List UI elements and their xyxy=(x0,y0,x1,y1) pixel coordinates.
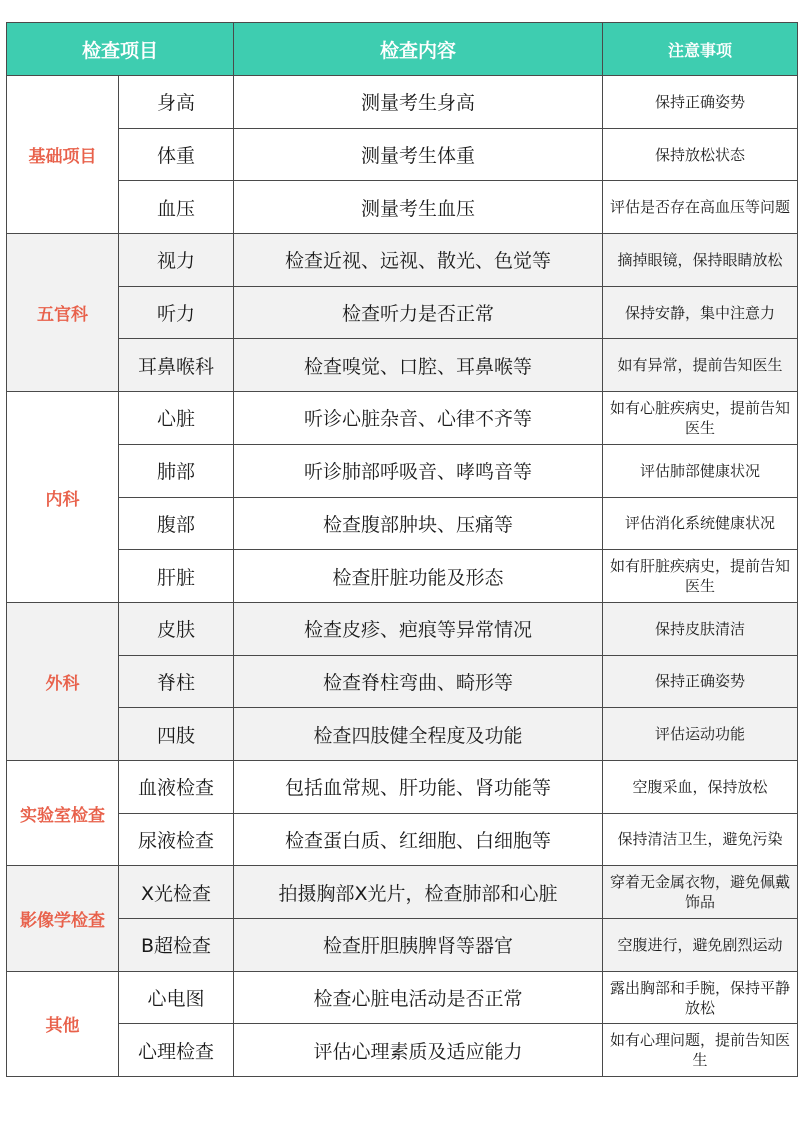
content-cell: 拍摄胸部X光片，检查肺部和心脏 xyxy=(234,866,603,919)
table-row: 腹部检查腹部肿块、压痛等评估消化系统健康状况 xyxy=(7,497,798,550)
group-label: 内科 xyxy=(7,392,119,603)
content-cell: 测量考生血压 xyxy=(234,181,603,234)
notes-cell: 空腹进行，避免剧烈运动 xyxy=(603,919,798,972)
table-row: 耳鼻喉科检查嗅觉、口腔、耳鼻喉等如有异常，提前告知医生 xyxy=(7,339,798,392)
table-row: 脊柱检查脊柱弯曲、畸形等保持正确姿势 xyxy=(7,655,798,708)
item-cell: 血压 xyxy=(119,181,234,234)
header-item: 检查项目 xyxy=(7,23,234,76)
content-cell: 检查听力是否正常 xyxy=(234,286,603,339)
content-cell: 检查肝胆胰脾肾等器官 xyxy=(234,919,603,972)
notes-cell: 摘掉眼镜，保持眼睛放松 xyxy=(603,234,798,287)
item-cell: 心理检查 xyxy=(119,1024,234,1077)
table-row: 其他心电图检查心脏电活动是否正常露出胸部和手腕，保持平静放松 xyxy=(7,971,798,1024)
content-cell: 检查肝脏功能及形态 xyxy=(234,550,603,603)
content-cell: 评估心理素质及适应能力 xyxy=(234,1024,603,1077)
notes-cell: 如有心脏疾病史，提前告知医生 xyxy=(603,392,798,445)
notes-cell: 空腹采血，保持放松 xyxy=(603,760,798,813)
notes-cell: 穿着无金属衣物，避免佩戴饰品 xyxy=(603,866,798,919)
group-label: 基础项目 xyxy=(7,76,119,234)
table-row: 外科皮肤检查皮疹、疤痕等异常情况保持皮肤清洁 xyxy=(7,602,798,655)
medical-exam-table: 检查项目 检查内容 注意事项 基础项目身高测量考生身高保持正确姿势体重测量考生体… xyxy=(6,22,798,1077)
item-cell: 耳鼻喉科 xyxy=(119,339,234,392)
item-cell: 尿液检查 xyxy=(119,813,234,866)
table-row: 心理检查评估心理素质及适应能力如有心理问题，提前告知医生 xyxy=(7,1024,798,1077)
item-cell: 腹部 xyxy=(119,497,234,550)
content-cell: 检查嗅觉、口腔、耳鼻喉等 xyxy=(234,339,603,392)
header-notes: 注意事项 xyxy=(603,23,798,76)
notes-cell: 保持皮肤清洁 xyxy=(603,602,798,655)
content-cell: 听诊肺部呼吸音、哮鸣音等 xyxy=(234,444,603,497)
table-row: 四肢检查四肢健全程度及功能评估运动功能 xyxy=(7,708,798,761)
notes-cell: 保持安静，集中注意力 xyxy=(603,286,798,339)
table-row: 血压测量考生血压评估是否存在高血压等问题 xyxy=(7,181,798,234)
group-label: 外科 xyxy=(7,602,119,760)
notes-cell: 评估是否存在高血压等问题 xyxy=(603,181,798,234)
header-row: 检查项目 检查内容 注意事项 xyxy=(7,23,798,76)
item-cell: 听力 xyxy=(119,286,234,339)
notes-cell: 保持正确姿势 xyxy=(603,655,798,708)
notes-cell: 保持清洁卫生，避免污染 xyxy=(603,813,798,866)
group-label: 影像学检查 xyxy=(7,866,119,971)
item-cell: 肺部 xyxy=(119,444,234,497)
item-cell: 肝脏 xyxy=(119,550,234,603)
notes-cell: 保持正确姿势 xyxy=(603,76,798,129)
item-cell: 血液检查 xyxy=(119,760,234,813)
table-row: B超检查检查肝胆胰脾肾等器官空腹进行，避免剧烈运动 xyxy=(7,919,798,972)
notes-cell: 如有肝脏疾病史，提前告知医生 xyxy=(603,550,798,603)
group-label: 实验室检查 xyxy=(7,760,119,865)
content-cell: 检查四肢健全程度及功能 xyxy=(234,708,603,761)
table-row: 听力检查听力是否正常保持安静，集中注意力 xyxy=(7,286,798,339)
header-content: 检查内容 xyxy=(234,23,603,76)
group-label: 五官科 xyxy=(7,234,119,392)
table-row: 影像学检查X光检查拍摄胸部X光片，检查肺部和心脏穿着无金属衣物，避免佩戴饰品 xyxy=(7,866,798,919)
notes-cell: 评估运动功能 xyxy=(603,708,798,761)
notes-cell: 如有心理问题，提前告知医生 xyxy=(603,1024,798,1077)
item-cell: 四肢 xyxy=(119,708,234,761)
content-cell: 检查皮疹、疤痕等异常情况 xyxy=(234,602,603,655)
content-cell: 检查心脏电活动是否正常 xyxy=(234,971,603,1024)
item-cell: 体重 xyxy=(119,128,234,181)
item-cell: 身高 xyxy=(119,76,234,129)
item-cell: 心电图 xyxy=(119,971,234,1024)
content-cell: 检查近视、远视、散光、色觉等 xyxy=(234,234,603,287)
table-row: 体重测量考生体重保持放松状态 xyxy=(7,128,798,181)
item-cell: 脊柱 xyxy=(119,655,234,708)
table-row: 五官科视力检查近视、远视、散光、色觉等摘掉眼镜，保持眼睛放松 xyxy=(7,234,798,287)
item-cell: 心脏 xyxy=(119,392,234,445)
notes-cell: 如有异常，提前告知医生 xyxy=(603,339,798,392)
content-cell: 检查腹部肿块、压痛等 xyxy=(234,497,603,550)
item-cell: X光检查 xyxy=(119,866,234,919)
item-cell: 皮肤 xyxy=(119,602,234,655)
notes-cell: 评估消化系统健康状况 xyxy=(603,497,798,550)
content-cell: 测量考生身高 xyxy=(234,76,603,129)
content-cell: 包括血常规、肝功能、肾功能等 xyxy=(234,760,603,813)
notes-cell: 评估肺部健康状况 xyxy=(603,444,798,497)
content-cell: 听诊心脏杂音、心律不齐等 xyxy=(234,392,603,445)
content-cell: 测量考生体重 xyxy=(234,128,603,181)
table-row: 实验室检查血液检查包括血常规、肝功能、肾功能等空腹采血，保持放松 xyxy=(7,760,798,813)
table-row: 肝脏检查肝脏功能及形态如有肝脏疾病史，提前告知医生 xyxy=(7,550,798,603)
table-row: 内科心脏听诊心脏杂音、心律不齐等如有心脏疾病史，提前告知医生 xyxy=(7,392,798,445)
table-row: 肺部听诊肺部呼吸音、哮鸣音等评估肺部健康状况 xyxy=(7,444,798,497)
table-row: 尿液检查检查蛋白质、红细胞、白细胞等保持清洁卫生，避免污染 xyxy=(7,813,798,866)
content-cell: 检查脊柱弯曲、畸形等 xyxy=(234,655,603,708)
table-row: 基础项目身高测量考生身高保持正确姿势 xyxy=(7,76,798,129)
group-label: 其他 xyxy=(7,971,119,1076)
content-cell: 检查蛋白质、红细胞、白细胞等 xyxy=(234,813,603,866)
notes-cell: 露出胸部和手腕，保持平静放松 xyxy=(603,971,798,1024)
notes-cell: 保持放松状态 xyxy=(603,128,798,181)
item-cell: 视力 xyxy=(119,234,234,287)
item-cell: B超检查 xyxy=(119,919,234,972)
table-body: 基础项目身高测量考生身高保持正确姿势体重测量考生体重保持放松状态血压测量考生血压… xyxy=(7,76,798,1077)
